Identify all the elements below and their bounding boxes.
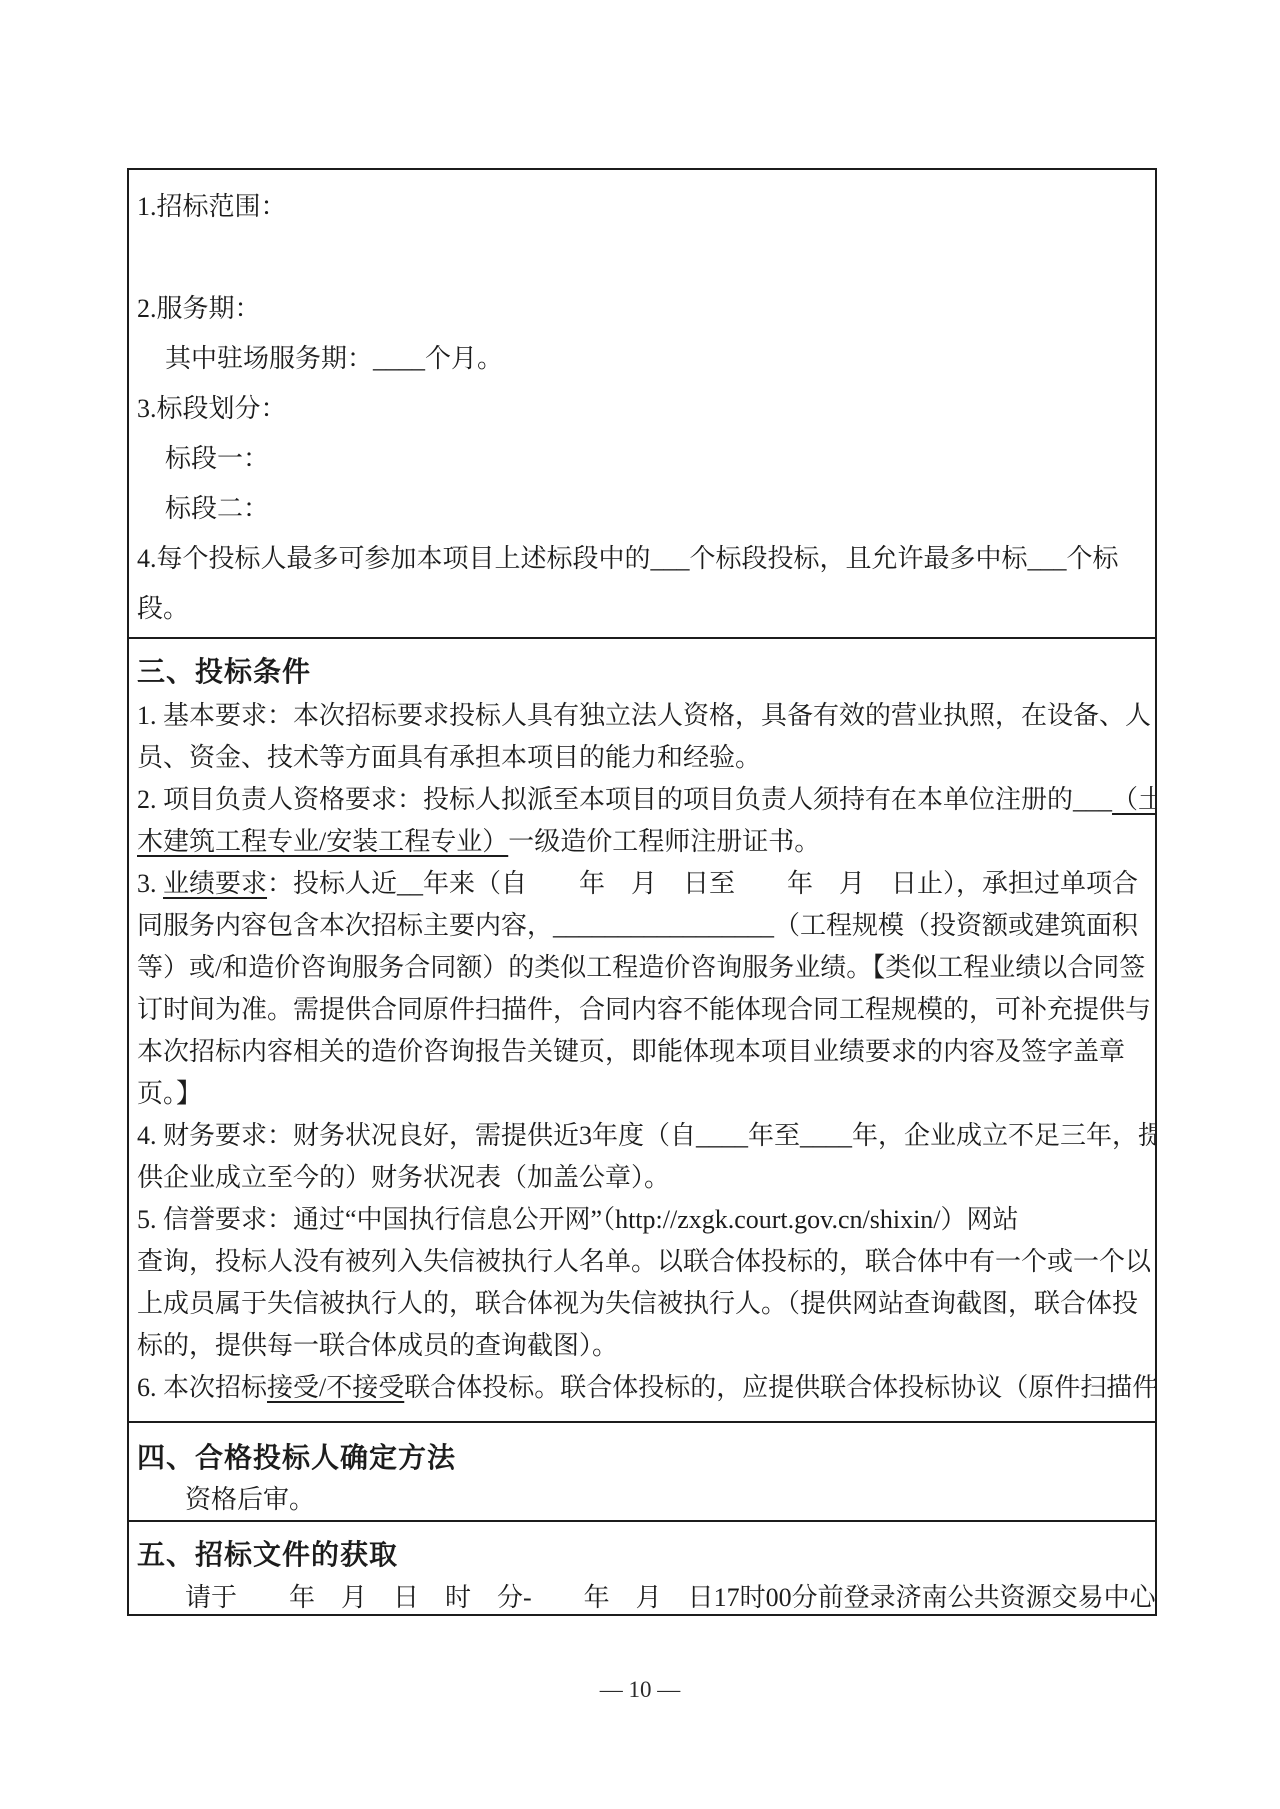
page-number: — 10 —	[0, 1676, 1280, 1704]
text-segment: 6. 本次招标	[137, 1373, 267, 1402]
text-segment: 3.	[137, 869, 163, 898]
fill-in-blank: ___	[1073, 785, 1112, 814]
text-line: 本次招标内容相关的造价咨询报告关键页，即能体现本项目业绩要求的内容及签字盖章	[137, 1031, 1151, 1073]
section-heading-document-acquisition: 五、招标文件的获取	[137, 1532, 1149, 1578]
text-line: 5. 信誉要求：通过“中国执行信息公开网”（http://zxgk.court.…	[137, 1199, 1151, 1241]
qualification-method-body: 资格后审。	[137, 1481, 1149, 1519]
row-tender-scope-and-lots: 1.招标范围： 2.服务期： 其中驻场服务期：____个月。 3.标段划分： 标…	[129, 170, 1155, 637]
onsite-service-period-line: 其中驻场服务期：____个月。	[137, 334, 1149, 384]
text-line: 上成员属于失信被执行人的，联合体视为失信被执行人。（提供网站查询截图，联合体投	[137, 1283, 1151, 1325]
text-segment: 一级造价工程师注册证书。	[508, 827, 820, 856]
text-line: 员、资金、技术等方面具有承担本项目的能力和经验。	[137, 737, 1151, 779]
underlined-segment: 接受/不接受	[267, 1373, 404, 1402]
row-qualification-method: 四、合格投标人确定方法 资格后审。	[129, 1421, 1155, 1520]
text-line: 标的，提供每一联合体成员的查询截图）。	[137, 1325, 1151, 1367]
text-line: 页。】	[137, 1073, 1151, 1115]
text-line: 3. 业绩要求：投标人近__年来（自 年 月 日至 年 月 日止），承担过单项合	[137, 863, 1151, 905]
lot-rule-line: 4.每个投标人最多可参加本项目上述标段中的___个标段投标，且允许最多中标___…	[137, 534, 1149, 584]
underlined-segment: 业绩要求	[163, 869, 267, 898]
text-line: 等）或/和造价咨询服务合同额）的类似工程造价咨询服务业绩。【类似工程业绩以合同签	[137, 947, 1151, 989]
text-line: 木建筑工程专业/安装工程专业）一级造价工程师注册证书。	[137, 821, 1151, 863]
row-bid-conditions: 三、投标条件 1. 基本要求：本次招标要求投标人具有独立法人资格，具备有效的营业…	[129, 637, 1155, 1421]
service-period-label: 2.服务期：	[137, 284, 1149, 334]
text-line: 查询，投标人没有被列入失信被执行人名单。以联合体投标的，联合体中有一个或一个以	[137, 1241, 1151, 1283]
text-line: 订时间为准。需提供合同原件扫描件，合同内容不能体现合同工程规模的，可补充提供与	[137, 989, 1151, 1031]
section-heading-qualification-method: 四、合格投标人确定方法	[137, 1435, 1149, 1481]
text-line: 供企业成立至今的）财务状况表（加盖公章）。	[137, 1157, 1151, 1199]
row-document-acquisition: 五、招标文件的获取 请于 年 月 日 时 分- 年 月 日17时00分前登录济南…	[129, 1520, 1155, 1614]
text-segment: 联合体投标。联合体投标的，应提供联合体投标协议（原件扫描件）。	[404, 1373, 1155, 1402]
lot-rule-line-wrap: 段。	[137, 584, 1149, 634]
text-line: 2. 项目负责人资格要求：投标人拟派至本项目的项目负责人须持有在本单位注册的__…	[137, 779, 1151, 821]
text-line: 1. 基本要求：本次招标要求投标人具有独立法人资格，具备有效的营业执照，在设备、…	[137, 695, 1151, 737]
text-segment: ：投标人近__年来（自 年 月 日至 年 月 日止），承担过单项合	[267, 869, 1138, 898]
section-heading-bid-conditions: 三、投标条件	[137, 649, 1151, 695]
text-segment: 2. 项目负责人资格要求：投标人拟派至本项目的项目负责人须持有在本单位注册的	[137, 785, 1073, 814]
document-table: 1.招标范围： 2.服务期： 其中驻场服务期：____个月。 3.标段划分： 标…	[127, 168, 1157, 1616]
tender-scope-label: 1.招标范围：	[137, 182, 1149, 232]
text-line: 4. 财务要求：财务状况良好，需提供近3年度（自____年至____年，企业成立…	[137, 1115, 1151, 1157]
blank-space	[137, 232, 1149, 284]
underlined-segment: 木建筑工程专业/安装工程专业）	[137, 827, 508, 856]
lot-division-label: 3.标段划分：	[137, 384, 1149, 434]
lot-one-label: 标段一：	[137, 434, 1149, 484]
document-acquisition-body: 请于 年 月 日 时 分- 年 月 日17时00分前登录济南公共资源交易中心	[137, 1578, 1149, 1614]
underlined-segment: （土	[1112, 785, 1155, 814]
text-line: 同服务内容包含本次招标主要内容，_________________（工程规模（投…	[137, 905, 1151, 947]
text-line: 6. 本次招标接受/不接受联合体投标。联合体投标的，应提供联合体投标协议（原件扫…	[137, 1367, 1151, 1409]
lot-two-label: 标段二：	[137, 484, 1149, 534]
